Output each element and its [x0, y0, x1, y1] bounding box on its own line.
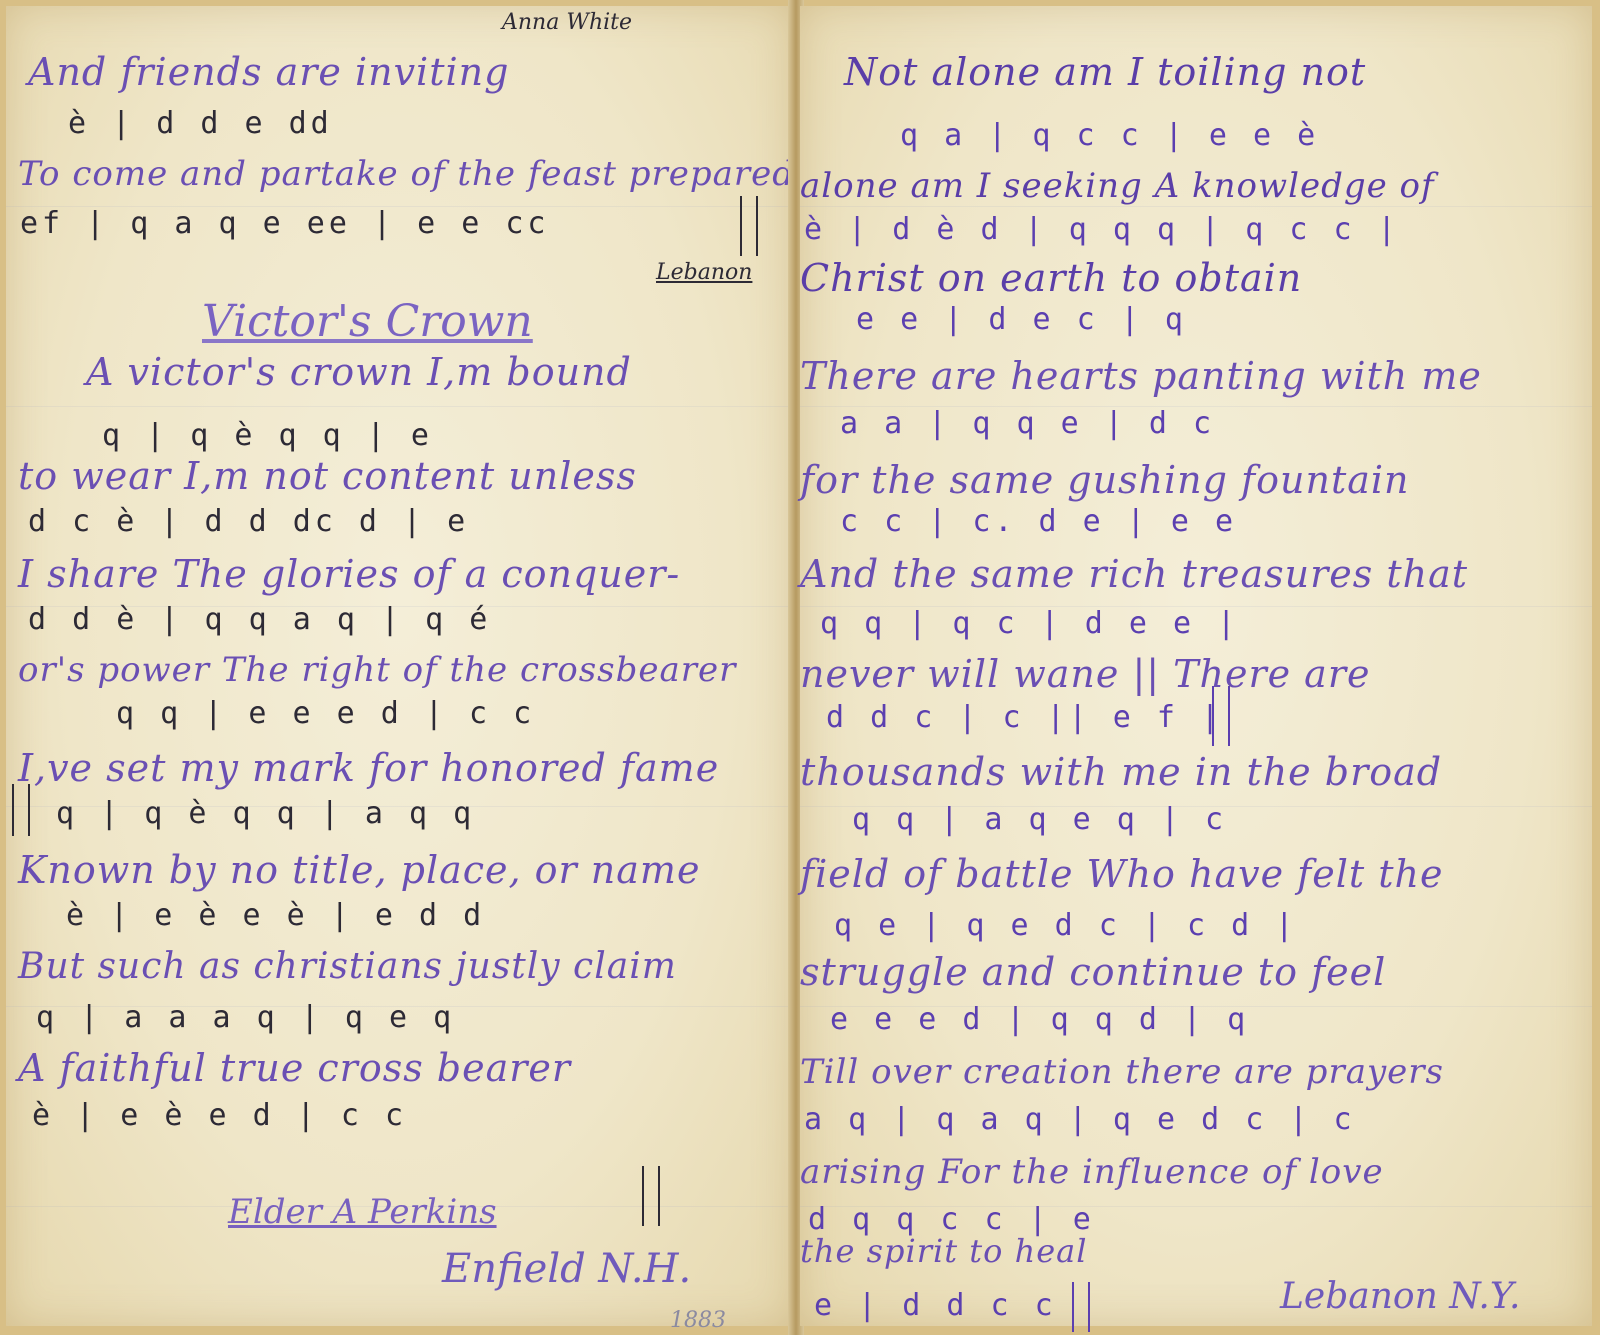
lyric-line: or's power The right of the crossbearer [18, 650, 736, 690]
lyric-line: And friends are inviting [28, 50, 509, 94]
lyric-line: never will wane || There are [800, 652, 1370, 696]
notes-line: e e e d | q q d | q [830, 1002, 1249, 1037]
lyric-line: I,ve set my mark for honored fame [18, 746, 719, 790]
right-page: Not alone am I toiling not q a | q c c |… [800, 6, 1592, 1326]
year-annotation: 1883 [670, 1308, 726, 1333]
notes-line: d c è | d d dc d | e [28, 504, 469, 539]
notes-line: d d c | c || e f | [826, 700, 1223, 735]
notes-line: a a | q q e | d c [840, 406, 1215, 441]
notes-line: è | e è e d | c c [32, 1098, 407, 1133]
notes-line: è | d è d | q q q | q c c | [804, 212, 1400, 247]
final-barline [642, 1166, 660, 1226]
notes-line: q q | e e e d | c c [116, 696, 535, 731]
source-label: Lebanon [656, 260, 752, 285]
notes-line: a q | q a q | q e d c | c [804, 1102, 1356, 1137]
notes-line: d d è | q q a q | q é [28, 602, 491, 637]
lyric-line: the spirit to heal [800, 1232, 1087, 1270]
double-barline [1212, 686, 1230, 746]
notes-line: ef | q a q e ee | e e cc [20, 206, 549, 241]
lyric-line: Known by no title, place, or name [18, 848, 700, 892]
lyric-line: arising For the influence of love [800, 1152, 1384, 1192]
double-barline [740, 196, 758, 256]
notes-line: q q | q c | d e e | [820, 606, 1239, 641]
lyric-line: I share The glories of a conquer- [18, 552, 680, 596]
lyric-line: A faithful true cross bearer [18, 1046, 571, 1090]
notes-line: q | q è q q | a q q [56, 796, 475, 831]
origin-place: Enfield N.H. [442, 1246, 691, 1292]
lyric-line: struggle and continue to feel [800, 950, 1386, 994]
notes-line: q | q è q q | e [102, 418, 433, 453]
notes-line: c c | c. d e | e e [840, 504, 1237, 539]
lyric-line: Christ on earth to obtain [800, 256, 1302, 300]
notes-line: è | d d e dd [68, 106, 333, 141]
notes-line: e | d d c c [814, 1288, 1057, 1323]
left-page: Anna White And friends are inviting è | … [6, 6, 792, 1326]
lyric-line: for the same gushing fountain [800, 458, 1410, 502]
lyric-line: And the same rich treasures that [800, 552, 1468, 596]
notes-line: q a | q c c | e e è [900, 118, 1319, 153]
song-title: Victor's Crown [202, 296, 533, 347]
author-annotation: Anna White [502, 10, 632, 35]
composer-signature: Elder A Perkins [228, 1192, 497, 1232]
lyric-line: A victor's crown I,m bound [86, 350, 632, 394]
notes-line: è | e è e è | e d d [66, 898, 485, 933]
notes-line: q q | a q e q | c [852, 802, 1227, 837]
manuscript-spread: Anna White And friends are inviting è | … [0, 0, 1600, 1335]
lyric-line: thousands with me in the broad [800, 750, 1442, 794]
lyric-line: to wear I,m not content unless [18, 454, 637, 498]
final-barline [1072, 1282, 1090, 1332]
notes-line: q e | q e d c | c d | [834, 908, 1297, 943]
lyric-line: Not alone am I toiling not [844, 50, 1366, 94]
lyric-line: To come and partake of the feast prepare… [18, 154, 795, 194]
notes-line: e e | d e c | q [856, 302, 1187, 337]
repeat-barline [12, 784, 30, 836]
notes-line: q | a a a q | q e q [36, 1000, 455, 1035]
lyric-line: alone am I seeking A knowledge of [800, 166, 1435, 206]
lyric-line: Till over creation there are prayers [800, 1052, 1444, 1092]
lyric-line: There are hearts panting with me [800, 354, 1482, 398]
source-label: Lebanon N.Y. [1280, 1276, 1520, 1317]
lyric-line: But such as christians justly claim [18, 946, 677, 987]
lyric-line: field of battle Who have felt the [800, 852, 1443, 896]
